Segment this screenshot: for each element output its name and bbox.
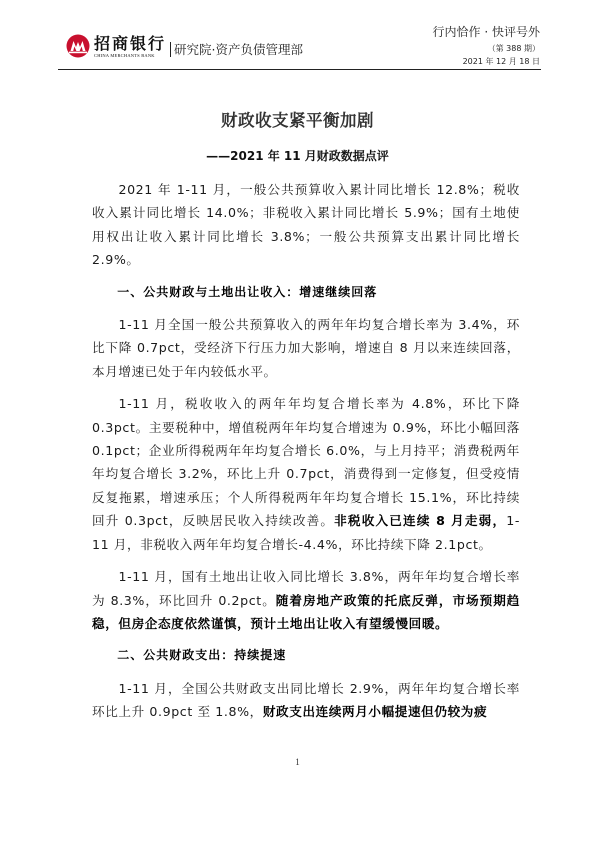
bank-logo: 招商银行 CHINA MERCHANTS BANK 研究院·资产负债管理部 (66, 34, 303, 58)
report-meta: 行内恰作 · 快评号外 （第 388 期） 2021 年 12 月 18 日 (433, 24, 540, 68)
paragraph-text: 1-11 月，税收收入的两年年均复合增长率为 4.8%，环比下降 0.3pct。… (92, 396, 520, 528)
body-paragraph: 1-11 月全国一般公共预算收入的两年年均复合增长率为 3.4%，环比下降 0.… (92, 313, 520, 383)
section-heading: 一、公共财政与土地出让收入：增速继续回落 (92, 281, 520, 304)
emphasis-text: 非税收入已连续 8 月走弱， (334, 513, 506, 528)
emphasis-text: 一、公共财政与土地出让收入：增速继续回落 (117, 285, 377, 299)
paragraph-gap (92, 668, 520, 677)
issue-number: （第 388 期） (433, 43, 540, 55)
document-title: 财政收支紧平衡加剧 (0, 107, 595, 131)
report-date: 2021 年 12 月 18 日 (433, 56, 540, 68)
paragraph-text: 1-11 月全国一般公共预算收入的两年年均复合增长率为 3.4%，环比下降 0.… (92, 317, 520, 379)
report-classification: 行内恰作 · 快评号外 (433, 24, 540, 41)
cmb-logo-icon (66, 34, 90, 58)
paragraph-text: 2021 年 1-11 月，一般公共预算收入累计同比增长 12.8%；税收收入累… (92, 182, 520, 267)
document-body: 2021 年 1-11 月，一般公共预算收入累计同比增长 12.8%；税收收入累… (92, 178, 520, 724)
paragraph-gap (92, 304, 520, 313)
department-name: 研究院·资产负债管理部 (170, 42, 303, 57)
page-number: 1 (0, 757, 595, 767)
body-paragraph: 2021 年 1-11 月，一般公共预算收入累计同比增长 12.8%；税收收入累… (92, 178, 520, 272)
emphasis-text: 财政支出连续两月小幅提速但仍较为疲 (263, 704, 487, 719)
brand-name-en: CHINA MERCHANTS BANK (94, 53, 166, 58)
paragraph-gap (92, 556, 520, 565)
body-paragraph: 1-11 月，全国公共财政支出同比增长 2.9%，两年年均复合增长率环比上升 0… (92, 677, 520, 724)
document-subtitle: ——2021 年 11 月财政数据点评 (0, 147, 595, 164)
body-paragraph: 1-11 月，国有土地出让收入同比增长 3.8%，两年年均复合增长率为 8.3%… (92, 565, 520, 635)
report-header: 招商银行 CHINA MERCHANTS BANK 研究院·资产负债管理部 行内… (66, 24, 550, 70)
body-paragraph: 1-11 月，税收收入的两年年均复合增长率为 4.8%，环比下降 0.3pct。… (92, 392, 520, 556)
emphasis-text: 二、公共财政支出：持续提速 (117, 648, 286, 662)
section-heading: 二、公共财政支出：持续提速 (92, 644, 520, 667)
paragraph-gap (92, 383, 520, 392)
paragraph-gap (92, 272, 520, 281)
brand-name-cn: 招商银行 (94, 35, 166, 52)
header-divider (58, 69, 541, 70)
paragraph-gap (92, 635, 520, 644)
